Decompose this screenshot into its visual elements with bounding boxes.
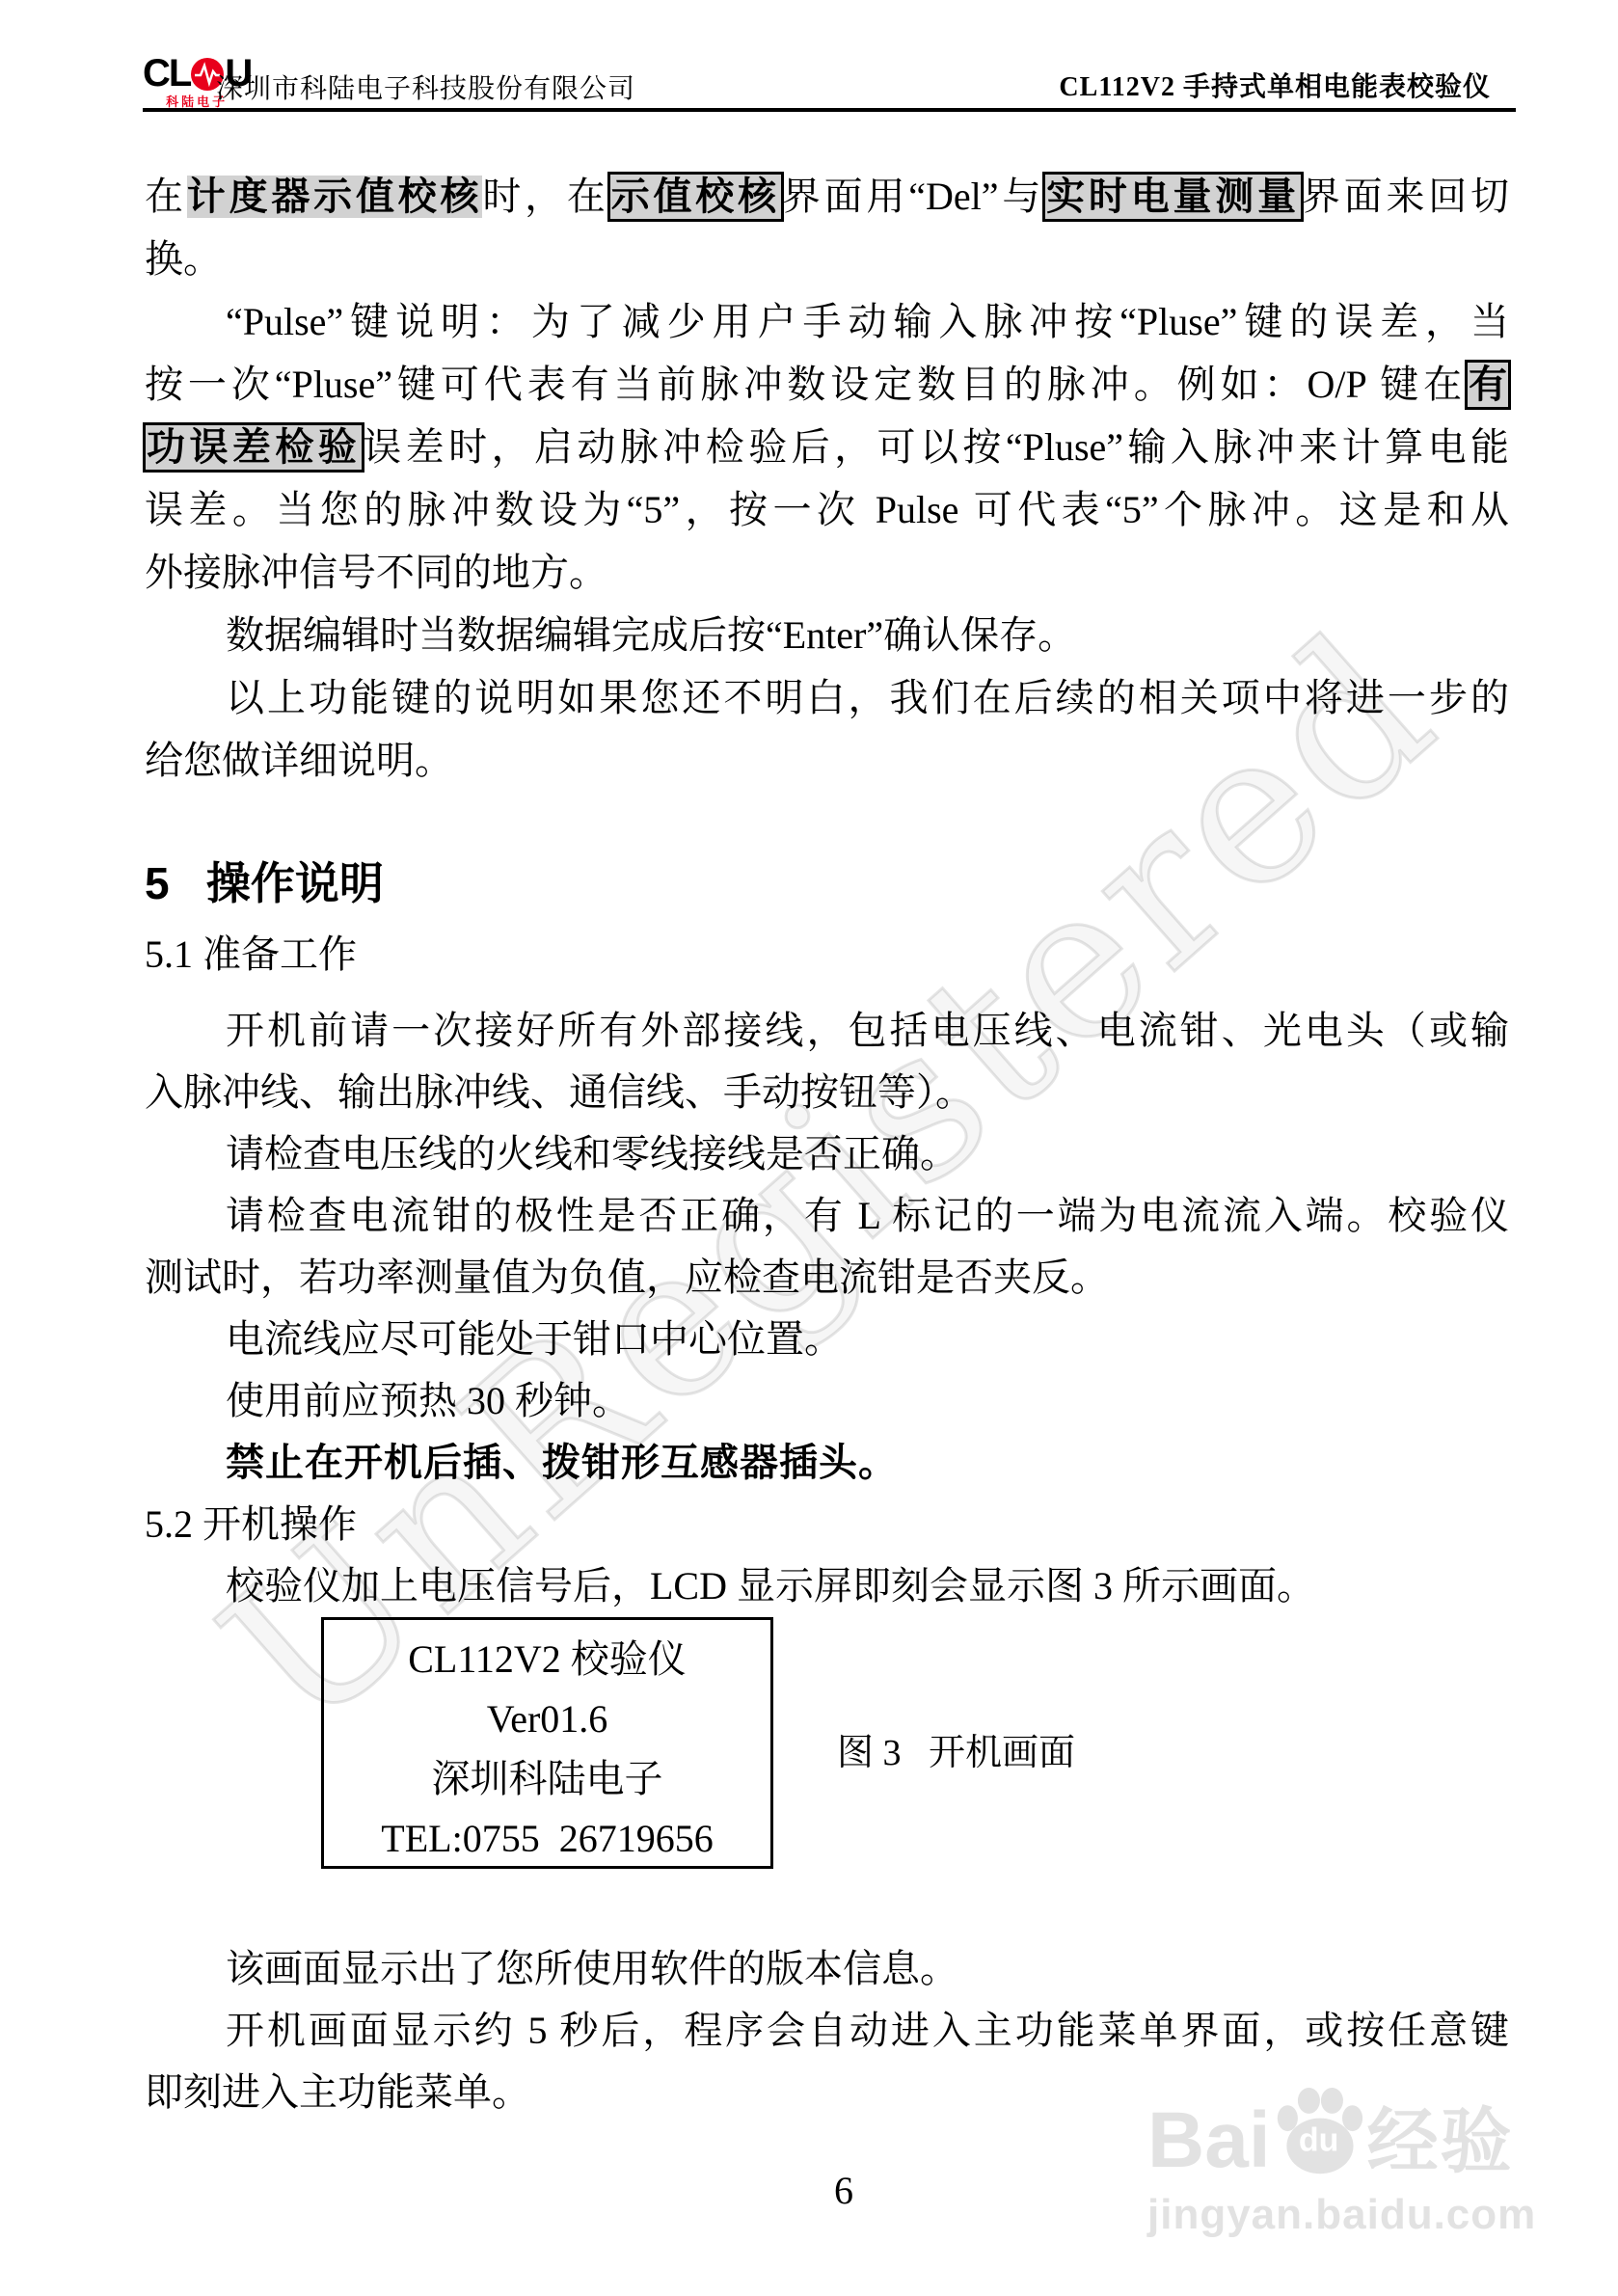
- baidu-jingyan-watermark: Bai du 经验 jingyan.baidu.com: [1147, 2091, 1552, 2239]
- text-line: 电流线应尽可能处于钳口中心位置。: [226, 1309, 1509, 1371]
- text-segment: 界面来回切: [1302, 175, 1509, 218]
- figure-lcd-line: TEL:0755 26719656: [324, 1809, 770, 1869]
- text-segment: 界面用“Del”与: [782, 175, 1044, 218]
- figure-lcd-line: Ver01.6: [324, 1689, 770, 1749]
- text-line: 入脉冲线、输出脉冲线、通信线、手动按钮等）。: [145, 1062, 1509, 1124]
- text-segment: 开机前请一次接好所有外部接线，包括电压线、电流钳、光电头（或输: [226, 1009, 1509, 1052]
- highlighted-term: 示值校核: [609, 174, 782, 220]
- baidu-url: jingyan.baidu.com: [1147, 2191, 1552, 2239]
- text-segment: 误差。当您的脉冲数设为“5”，按一次 Pulse 可代表“5”个脉冲。这是和从: [145, 488, 1509, 531]
- text-line: 功误差检验误差时，启动脉冲检验后，可以按“Pluse”输入脉冲来计算电能: [145, 417, 1509, 479]
- document-page: UnRegistered CL U 科陆电子 深圳市科陆电子科技股份有限公司 C…: [0, 0, 1618, 2296]
- section-heading-5: 5 操作说明: [145, 849, 384, 912]
- text-segment: 外接脉冲信号不同的地方。: [145, 551, 607, 594]
- figure-lcd-line: 深圳科陆电子: [324, 1749, 770, 1809]
- company-name: 深圳市科陆电子科技股份有限公司: [216, 68, 635, 106]
- text-segment: 5.2 开机操作: [145, 1502, 357, 1546]
- text-segment: 该画面显示出了您所使用软件的版本信息。: [226, 1947, 958, 1990]
- header-divider: [143, 108, 1516, 112]
- text-segment: 测试时，若功率测量值为负值，应检查电流钳是否夹反。: [145, 1256, 1109, 1299]
- figure-caption: 图 3 开机画面: [837, 1722, 1075, 1775]
- text-line: 开机画面显示约 5 秒后，程序会自动进入主功能菜单界面，或按任意键: [226, 2000, 1509, 2063]
- highlighted-term: 功误差检验: [145, 424, 363, 471]
- section-heading-5-1: 5.1 准备工作: [145, 924, 357, 979]
- text-segment: 校验仪加上电压信号后，LCD 显示屏即刻会显示图 3 所示画面。: [226, 1564, 1315, 1607]
- text-line: 给您做详细说明。: [145, 730, 1509, 793]
- text-line: 开机前请一次接好所有外部接线，包括电压线、电流钳、光电头（或输: [226, 1000, 1509, 1063]
- text-line: 请检查电流钳的极性是否正确，有 L 标记的一端为电流流入端。校验仪: [226, 1185, 1509, 1248]
- text-segment: 在: [145, 175, 187, 218]
- text-line: 换。: [145, 229, 1509, 291]
- text-segment: 以上功能键的说明如果您还不明白，我们在后续的相关项中将进一步的: [226, 676, 1509, 719]
- text-segment: “Pulse”键说明：为了减少用户手动输入脉冲按“Pluse”键的误差，当: [226, 300, 1509, 343]
- text-segment: 给您做详细说明。: [145, 739, 453, 782]
- highlighted-term: 计度器示值校核: [187, 176, 483, 218]
- text-line: 禁止在开机后插、拨钳形互感器插头。: [226, 1432, 1509, 1495]
- baidu-bai-text: Bai: [1147, 2102, 1271, 2179]
- baidu-paw-icon: du: [1273, 2087, 1365, 2179]
- document-title: CL112V2 手持式单相电能表校验仪: [1059, 66, 1491, 104]
- text-line: 请检查电压线的火线和零线接线是否正确。: [226, 1123, 1509, 1186]
- text-line: 使用前应预热 30 秒钟。: [226, 1370, 1509, 1433]
- text-line: 数据编辑时当数据编辑完成后按“Enter”确认保存。: [226, 605, 1509, 667]
- text-segment: 换。: [145, 237, 222, 281]
- text-segment: 误差时，启动脉冲检验后，可以按“Pluse”输入脉冲来计算电能: [363, 425, 1509, 469]
- highlighted-term: 有: [1467, 362, 1509, 408]
- text-segment: 请检查电压线的火线和零线接线是否正确。: [226, 1132, 958, 1175]
- text-line: 校验仪加上电压信号后，LCD 显示屏即刻会显示图 3 所示画面。: [226, 1555, 1509, 1618]
- text-line: 测试时，若功率测量值为负值，应检查电流钳是否夹反。: [145, 1247, 1509, 1310]
- text-line: 误差。当您的脉冲数设为“5”，按一次 Pulse 可代表“5”个脉冲。这是和从: [145, 479, 1509, 542]
- text-segment: 按一次“Pluse”键可代表有当前脉冲数设定数目的脉冲。例如：O/P 键在: [145, 363, 1467, 406]
- text-line: “Pulse”键说明：为了减少用户手动输入脉冲按“Pluse”键的误差，当: [226, 291, 1509, 354]
- text-line: 按一次“Pluse”键可代表有当前脉冲数设定数目的脉冲。例如：O/P 键在有: [145, 354, 1509, 417]
- highlighted-term: 实时电量测量: [1044, 174, 1302, 220]
- text-line: 以上功能键的说明如果您还不明白，我们在后续的相关项中将进一步的: [226, 667, 1509, 730]
- baidu-du-text: du: [1299, 2121, 1339, 2159]
- text-segment: 时，在: [482, 175, 608, 218]
- figure-lcd-box: CL112V2 校验仪Ver01.6深圳科陆电子TEL:0755 2671965…: [321, 1617, 773, 1869]
- text-segment: 请检查电流钳的极性是否正确，有 L 标记的一端为电流流入端。校验仪: [226, 1194, 1509, 1237]
- text-segment: 数据编辑时当数据编辑完成后按“Enter”确认保存。: [226, 613, 1076, 657]
- baidu-logo-row: Bai du 经验: [1147, 2091, 1552, 2179]
- baidu-jingyan-text: 经验: [1367, 2104, 1514, 2179]
- text-line: 外接脉冲信号不同的地方。: [145, 542, 1509, 605]
- logo-text-cl: CL: [143, 56, 190, 91]
- figure-lcd-line: CL112V2 校验仪: [324, 1630, 770, 1689]
- text-segment: 即刻进入主功能菜单。: [145, 2070, 530, 2114]
- text-segment: 开机画面显示约 5 秒后，程序会自动进入主功能菜单界面，或按任意键: [226, 2009, 1509, 2052]
- text-segment: 入脉冲线、输出脉冲线、通信线、手动按钮等）。: [145, 1070, 974, 1114]
- text-segment: 禁止在开机后插、拨钳形互感器插头。: [226, 1442, 898, 1484]
- text-line: 在计度器示值校核时，在示值校核界面用“Del”与实时电量测量界面来回切: [145, 166, 1509, 229]
- text-segment: 使用前应预热 30 秒钟。: [226, 1379, 631, 1422]
- text-line: 5.2 开机操作: [145, 1494, 1509, 1556]
- text-line: 该画面显示出了您所使用软件的版本信息。: [226, 1938, 1509, 2001]
- text-segment: 电流线应尽可能处于钳口中心位置。: [226, 1317, 843, 1361]
